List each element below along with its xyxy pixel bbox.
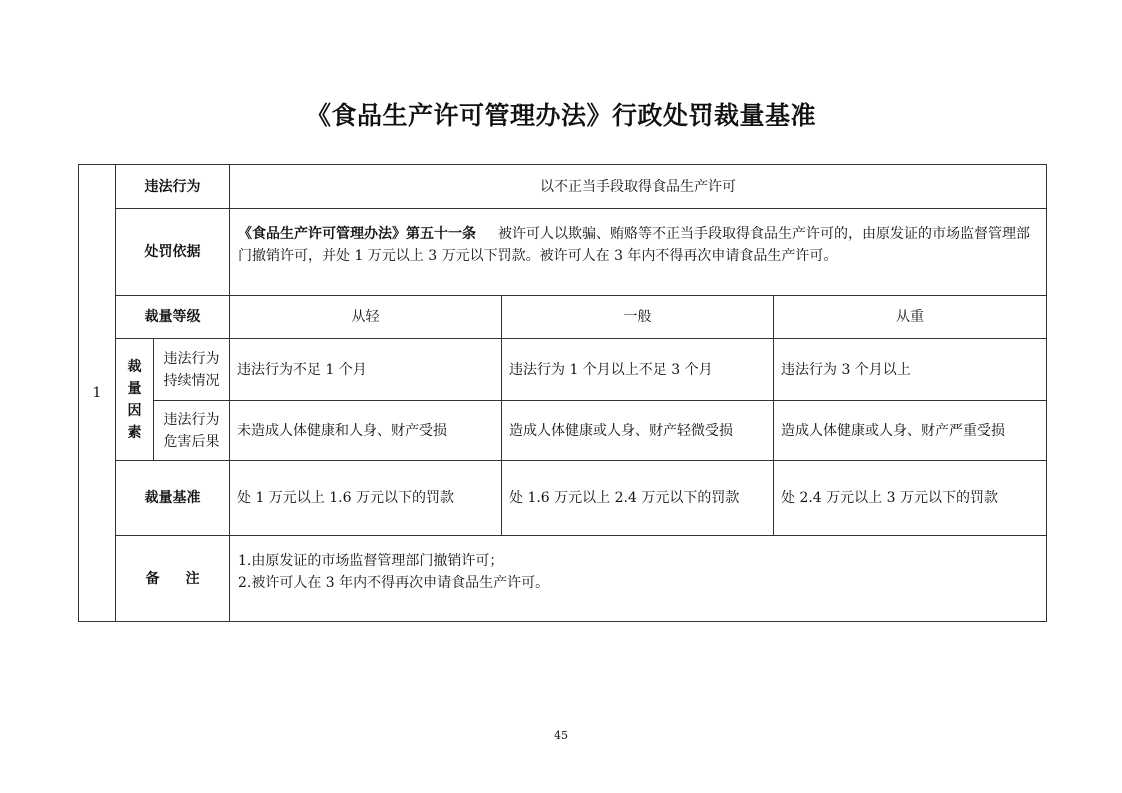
factor-harm-severe: 造成人体健康或人身、财产严重受损 [774, 401, 1047, 461]
row-violation: 1 违法行为 以不正当手段取得食品生产许可 [79, 165, 1047, 209]
row-factor-harm: 违法行为 危害后果 未造成人体健康和人身、财产受损 造成人体健康或人身、财产轻微… [79, 401, 1047, 461]
factors-label-char: 素 [116, 422, 153, 444]
factor-duration-severe: 违法行为 3 个月以上 [774, 339, 1047, 401]
level-general: 一般 [502, 296, 774, 339]
standard-severe: 处 2.4 万元以上 3 万元以下的罚款 [774, 461, 1047, 536]
factor-duration-general: 违法行为 1 个月以上不足 3 个月 [502, 339, 774, 401]
penalty-discretion-table: 1 违法行为 以不正当手段取得食品生产许可 处罚依据 《食品生产许可管理办法》第… [78, 164, 1047, 622]
basis-label: 处罚依据 [116, 209, 230, 296]
row-remarks: 备注 1.由原发证的市场监督管理部门撤销许可； 2.被许可人在 3 年内不得再次… [79, 536, 1047, 622]
levels-label: 裁量等级 [116, 296, 230, 339]
standard-lenient: 处 1 万元以上 1.6 万元以下的罚款 [230, 461, 502, 536]
factors-label: 裁 量 因 素 [116, 339, 154, 461]
violation-value: 以不正当手段取得食品生产许可 [230, 165, 1047, 209]
factor-harm-label-line: 违法行为 [154, 409, 229, 431]
standard-general: 处 1.6 万元以上 2.4 万元以下的罚款 [502, 461, 774, 536]
page-title: 《食品生产许可管理办法》行政处罚裁量基准 [0, 96, 1122, 132]
row-basis: 处罚依据 《食品生产许可管理办法》第五十一条被许可人以欺骗、贿赂等不正当手段取得… [79, 209, 1047, 296]
factors-label-char: 因 [116, 400, 153, 422]
remarks-label-char: 注 [186, 571, 200, 587]
factors-label-char: 裁 [116, 356, 153, 378]
remarks-line: 2.被许可人在 3 年内不得再次申请食品生产许可。 [238, 572, 1038, 594]
factor-harm-lenient: 未造成人体健康和人身、财产受损 [230, 401, 502, 461]
violation-label: 违法行为 [116, 165, 230, 209]
factor-harm-label-line: 危害后果 [154, 431, 229, 453]
row-number: 1 [79, 165, 116, 622]
row-factor-duration: 裁 量 因 素 违法行为 持续情况 违法行为不足 1 个月 违法行为 1 个月以… [79, 339, 1047, 401]
basis-value: 《食品生产许可管理办法》第五十一条被许可人以欺骗、贿赂等不正当手段取得食品生产许… [230, 209, 1047, 296]
factor-duration-label: 违法行为 持续情况 [154, 339, 230, 401]
page-number: 45 [0, 729, 1122, 742]
remarks-label: 备注 [116, 536, 230, 622]
factor-harm-general: 造成人体健康或人身、财产轻微受损 [502, 401, 774, 461]
row-levels: 裁量等级 从轻 一般 从重 [79, 296, 1047, 339]
factor-duration-lenient: 违法行为不足 1 个月 [230, 339, 502, 401]
level-lenient: 从轻 [230, 296, 502, 339]
basis-law-reference: 《食品生产许可管理办法》第五十一条 [238, 226, 476, 242]
remarks-line: 1.由原发证的市场监督管理部门撤销许可； [238, 550, 1038, 572]
factor-duration-label-line: 违法行为 [154, 348, 229, 370]
row-standard: 裁量基准 处 1 万元以上 1.6 万元以下的罚款 处 1.6 万元以上 2.4… [79, 461, 1047, 536]
level-severe: 从重 [774, 296, 1047, 339]
remarks-value: 1.由原发证的市场监督管理部门撤销许可； 2.被许可人在 3 年内不得再次申请食… [230, 536, 1047, 622]
factors-label-char: 量 [116, 378, 153, 400]
factor-duration-label-line: 持续情况 [154, 370, 229, 392]
standard-label: 裁量基准 [116, 461, 230, 536]
remarks-label-char: 备 [146, 571, 160, 587]
factor-harm-label: 违法行为 危害后果 [154, 401, 230, 461]
